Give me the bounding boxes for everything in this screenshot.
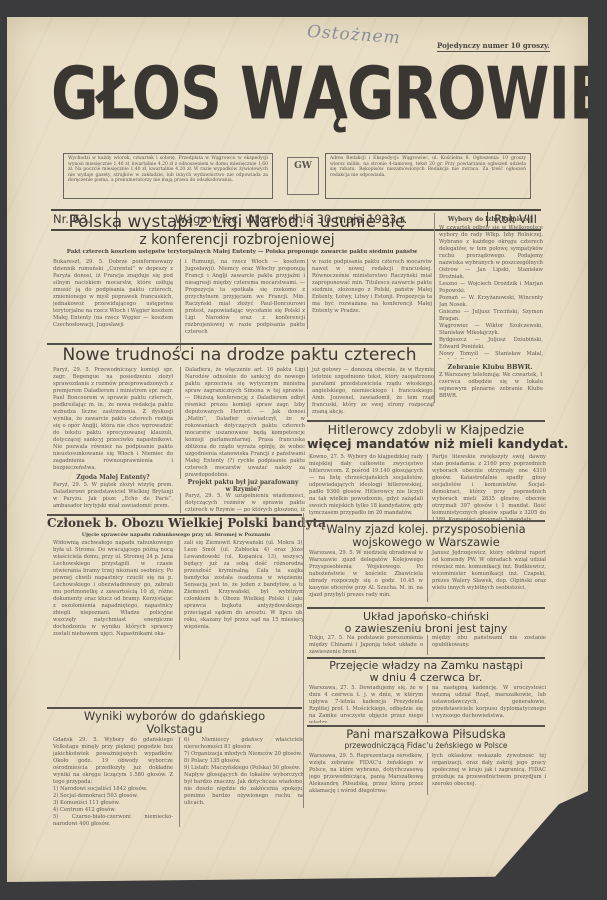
article-1-col-2: i Rumunji, na rzecz Włoch — kosztem Jugo… bbox=[180, 259, 305, 351]
article-2-col-2: Daladiera, że włączenie art. 16 paktu Li… bbox=[180, 367, 305, 479]
headline-9-line2: przewodniczącą Fidac'u żeńskiego w Polsc… bbox=[307, 742, 545, 750]
article-3-col-2: Partje litewskie zwiększyły swój dawny s… bbox=[427, 454, 546, 520]
article-2-col-1b: Paryż, 29. 5. W piątek złożył wizytę pre… bbox=[53, 482, 173, 512]
article-2-col-3: już gotowy — donoszą obecnie, że w Rzymi… bbox=[307, 367, 434, 417]
article-3-col-1: Kowno, 27. 5. Wybory do kłajpedzkiej rad… bbox=[309, 454, 423, 520]
headline-4: Członek b. Obozu Wielkiej Polski bandytą bbox=[47, 517, 302, 529]
list-item: 8) Polacy 135 głosów. bbox=[184, 758, 304, 765]
article-7-col-1: Warszawa, 27. 5. Dowiadujemy się, że w d… bbox=[309, 685, 423, 723]
article-5-col-1: Warszawa, 29. 5. W niedzielę obradował w… bbox=[309, 550, 423, 602]
list-item: Ostrów — Jan Lipski, Stanisław Drożniak. bbox=[439, 267, 543, 281]
article-5-col-2: Janusz Jędrzejewicz, który odebrał rapor… bbox=[427, 550, 546, 602]
headline-7: Przejęcie władzy na Zamku nastąpi bbox=[307, 660, 545, 671]
headline-5: Walny zjazd kolej. przysposobienia bbox=[307, 524, 545, 536]
article-6-col-2: między obu państwami nie zostanie opubli… bbox=[427, 635, 546, 655]
headline-5-line2: wojskowego w Warszawie bbox=[307, 537, 545, 549]
list-item: 7) Organizacja młodych Niemców 20 głosów… bbox=[184, 751, 304, 758]
list-item: 5) Czarno-biało-czerwoni niemiecko-narod… bbox=[53, 814, 173, 828]
list-item: 4) Centrum 412 głosów. bbox=[53, 807, 173, 814]
newspaper-page: Ostożnem Pojedynczy numer 10 groszy. GŁO… bbox=[7, 17, 588, 882]
article-7-col-2: na następną kadencję. W uroczystości wez… bbox=[427, 685, 546, 723]
subheadline-4: Ujęcie sprawców napadu rabunkowego przy … bbox=[51, 532, 301, 538]
editorial-info-box: Adres Redakcji i Ekspedycji: Wągrowiec, … bbox=[325, 153, 531, 199]
article-8-intro: Gdańsk 29. 5. Wybory do gdańskiego Volks… bbox=[53, 737, 173, 786]
list-item: Nowy Tomyśl — Stanisław Małal, Ludwik Cz… bbox=[439, 351, 543, 359]
list-item: 1) Narodowi socjaliści 1842 głosów. bbox=[53, 786, 173, 793]
list-item: 2) Socjal-demokraci 503 głosów. bbox=[53, 793, 173, 800]
list-item: 6) Niemieccy gdańscy właściciele nieruch… bbox=[184, 737, 304, 751]
headline-2: Nowe trudności na drodze paktu czterech bbox=[47, 347, 432, 364]
list-item: Bydgoszcz — Juljusz Dziubiński, Edward P… bbox=[439, 337, 543, 351]
headline-1-line2: z konferencji rozbrojeniowej bbox=[47, 233, 427, 247]
article-8-col-1: Gdańsk 29. 5. Wybory do gdańskiego Volks… bbox=[53, 737, 173, 837]
article-6-col-1: Tokjo, 27. 5. Na podstawie porozumienia … bbox=[309, 635, 423, 655]
headline-3: Hitlerowcy zdobyli w Kłajpedzie bbox=[307, 424, 545, 437]
crest-text: GW bbox=[294, 161, 312, 171]
list-item: 9) Listafr. Maczyńskiego (Polska) 50 gło… bbox=[184, 765, 304, 772]
side-column-divider bbox=[434, 213, 435, 403]
article-2-col-2b: Paryż, 29. 5. W uzupełnieniu wiadomości,… bbox=[180, 493, 305, 513]
handwritten-annotation: Ostożnem bbox=[306, 22, 401, 48]
side-headline-1: Wybory do Izby Rolniczej bbox=[437, 216, 543, 223]
headline-8-line2: Volkstagu bbox=[47, 724, 302, 736]
section-divider bbox=[307, 607, 545, 609]
article-8-closing: Napływ głosujących do lokalów wyborczych… bbox=[184, 772, 304, 807]
headline-1-line1: Polska wystąpi z Ligi Narod. i usunie si… bbox=[47, 214, 427, 231]
list-item: Poznań — W. Krzyżanowski, Wincenty Jan N… bbox=[439, 295, 543, 309]
town-crest-icon: GW bbox=[287, 157, 319, 195]
headline-7-line2: w dniu 4 czerwca br. bbox=[307, 672, 545, 683]
column-divider bbox=[303, 513, 304, 808]
subheadline-1: Pakt czterech kosztem ustępstw terytorja… bbox=[51, 249, 433, 255]
article-4-col-1: Widownią zuchwałego napadu rabunkowego b… bbox=[53, 540, 173, 660]
masthead-title: GŁOS WĄGROWIECKI bbox=[51, 57, 541, 130]
headline-3-line2: więcej mandatów niż mieli kandydat. bbox=[307, 438, 545, 451]
side-article-1-body: W czwartek odbyły się w Wielkopolsce wyb… bbox=[439, 225, 543, 267]
side-headline-2: Zebranie Klubu BBWR. bbox=[437, 363, 543, 371]
article-9-col-2: łych oklasków wskazało żywotność tej org… bbox=[427, 753, 546, 795]
side-article-2-body: Z Warszawy telefonują: We czwartek, 1 cz… bbox=[439, 372, 543, 400]
article-2-subhead-1: Zgoda Małej Ententy? bbox=[53, 474, 173, 481]
article-1-col-3: w razie podpisania paktu czterech mocars… bbox=[307, 259, 432, 329]
list-item: Leszno — Wojciech Drożdzik i Marjan Popo… bbox=[439, 281, 543, 295]
headline-9: Pani marszałkowa Piłsudska bbox=[307, 729, 545, 741]
article-1-col-1: Bukareszt, 29. 5. Dobrze poinformowany d… bbox=[53, 259, 173, 351]
headline-8: Wyniki wyborów do gdańskiego bbox=[47, 711, 302, 723]
headline-1: Polska wystąpi z Ligi Narod. i usunie si… bbox=[47, 214, 427, 231]
side-article-1-list: Ostrów — Jan Lipski, Stanisław Drożniak.… bbox=[439, 267, 543, 359]
list-item: 3) Komuniści 111 głosów. bbox=[53, 800, 173, 807]
article-2-col-1: Paryż, 29. 5. Przewodniczący komisji spr… bbox=[53, 367, 173, 472]
article-8-col-2: 6) Niemieccy gdańscy właściciele nieruch… bbox=[179, 737, 304, 827]
article-4-col-2: zali się Ziemowit Krzywański (ul. Mokra … bbox=[179, 540, 304, 660]
article-2-subhead-2: Projekt paktu był już parafowany w Rzymi… bbox=[184, 479, 302, 493]
headline-6: Układ japońsko-chiński bbox=[307, 611, 545, 622]
headline-6-line2: o zawieszeniu broni jest tajny bbox=[307, 623, 545, 634]
list-item: Wągrowiec — Wiktor Szułczewski, Stanisła… bbox=[439, 323, 543, 337]
subscription-info-box: Wychodzi w każdy wtorek, czwartek i sobo… bbox=[63, 153, 273, 199]
article-9-col-1: Warszawa, 29. 5. Reprezentacja ośrodków,… bbox=[309, 753, 423, 801]
list-item: Gniezno — Juljusz Trzciński, Szymon Brag… bbox=[439, 309, 543, 323]
